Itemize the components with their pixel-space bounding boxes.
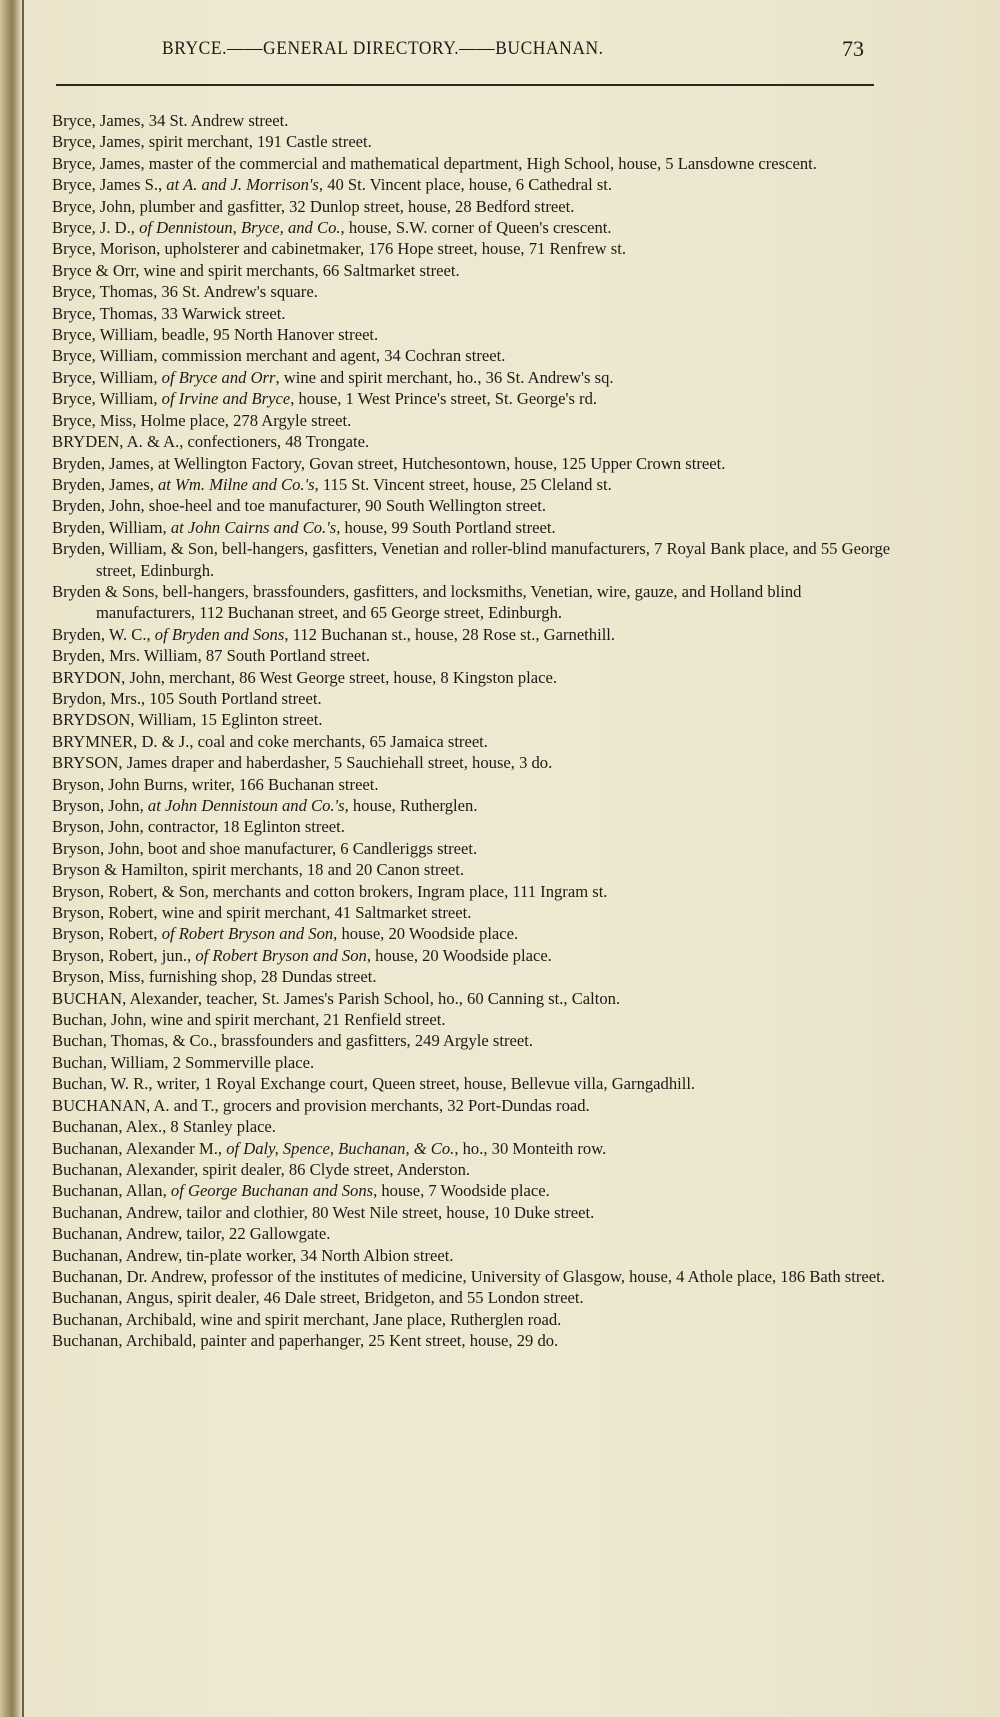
- entry-text: Bryce, J. D.,: [52, 218, 139, 237]
- directory-entry: Bryce, J. D., of Dennistoun, Bryce, and …: [52, 217, 892, 238]
- entry-firm-italic: of Daly, Spence, Buchanan, & Co.: [226, 1139, 454, 1158]
- entry-text: Buchan, W. R., writer, 1 Royal Exchange …: [52, 1074, 695, 1093]
- entry-text-continued: , ho., 30 Monteith row.: [454, 1139, 606, 1158]
- directory-entry: Bryce, James S., at A. and J. Morrison's…: [52, 174, 892, 195]
- directory-entry: Bryce, William, commission merchant and …: [52, 345, 892, 366]
- directory-entry: BRYMNER, D. & J., coal and coke merchant…: [52, 731, 892, 752]
- directory-entry: Bryson, John, contractor, 18 Eglinton st…: [52, 816, 892, 837]
- directory-page: BRYCE.——GENERAL DIRECTORY.——BUCHANAN. 73…: [0, 0, 1000, 1717]
- entry-text: Buchanan, Alexander M.,: [52, 1139, 226, 1158]
- entry-text: Bryce, Thomas, 36 St. Andrew's square.: [52, 282, 318, 301]
- entry-firm-italic: of Robert Bryson and Son: [162, 924, 333, 943]
- entry-firm-italic: at John Dennistoun and Co.'s: [148, 796, 345, 815]
- entry-text: Buchanan, Andrew, tailor and clothier, 8…: [52, 1203, 594, 1222]
- directory-entry: Bryson, Robert, of Robert Bryson and Son…: [52, 923, 892, 944]
- entry-text-continued: , 115 St. Vincent street, house, 25 Clel…: [315, 475, 612, 494]
- entry-text-continued: , house, S.W. corner of Queen's crescent…: [341, 218, 612, 237]
- entry-text: Buchanan, Dr. Andrew, professor of the i…: [52, 1267, 885, 1286]
- entry-text: Bryson, Robert, jun.,: [52, 946, 195, 965]
- directory-entry: Buchan, William, 2 Sommerville place.: [52, 1052, 892, 1073]
- entry-text: Buchanan, Angus, spirit dealer, 46 Dale …: [52, 1288, 584, 1307]
- directory-entry: Buchanan, Dr. Andrew, professor of the i…: [52, 1266, 892, 1287]
- directory-entry: BRYSON, James draper and haberdasher, 5 …: [52, 752, 892, 773]
- book-binding-edge: [0, 0, 22, 1717]
- directory-entry: Bryce & Orr, wine and spirit merchants, …: [52, 260, 892, 281]
- entry-text: Bryce, John, plumber and gasfitter, 32 D…: [52, 197, 574, 216]
- entry-text: Bryce, James, 34 St. Andrew street.: [52, 111, 288, 130]
- directory-entry: Bryce, William, of Bryce and Orr, wine a…: [52, 367, 892, 388]
- directory-entry: Buchanan, Andrew, tin-plate worker, 34 N…: [52, 1245, 892, 1266]
- header-rule: [56, 84, 874, 86]
- entry-text: Bryden, W. C.,: [52, 625, 155, 644]
- directory-entry: Bryden, W. C., of Bryden and Sons, 112 B…: [52, 624, 892, 645]
- entry-firm-italic: at John Cairns and Co.'s: [171, 518, 336, 537]
- entry-text: BRYDON, John, merchant, 86 West George s…: [52, 668, 557, 687]
- entry-text: Bryden, Mrs. William, 87 South Portland …: [52, 646, 370, 665]
- directory-entry: Buchanan, Andrew, tailor, 22 Gallowgate.: [52, 1223, 892, 1244]
- entry-text: Bryce, Miss, Holme place, 278 Argyle str…: [52, 411, 351, 430]
- entry-text: Bryden, John, shoe-heel and toe manufact…: [52, 496, 546, 515]
- directory-entry: Bryce, William, of Irvine and Bryce, hou…: [52, 388, 892, 409]
- entry-text: BUCHAN, Alexander, teacher, St. James's …: [52, 989, 620, 1008]
- entry-text: BRYDSON, William, 15 Eglinton street.: [52, 710, 323, 729]
- directory-entries: Bryce, James, 34 St. Andrew street.Bryce…: [52, 110, 892, 1352]
- entry-text: Bryden, William, & Son, bell-hangers, ga…: [52, 539, 890, 579]
- entry-text: Bryce, James, master of the commercial a…: [52, 154, 817, 173]
- entry-text: BRYMNER, D. & J., coal and coke merchant…: [52, 732, 488, 751]
- entry-text: Bryden, James,: [52, 475, 158, 494]
- entry-text: Bryson, Robert, wine and spirit merchant…: [52, 903, 471, 922]
- entry-firm-italic: at Wm. Milne and Co.'s: [158, 475, 315, 494]
- entry-text: Bryce, William, beadle, 95 North Hanover…: [52, 325, 378, 344]
- entry-text: Bryson, Robert,: [52, 924, 162, 943]
- entry-text-continued: , wine and spirit merchant, ho., 36 St. …: [275, 368, 613, 387]
- entry-text: Bryce, William,: [52, 389, 162, 408]
- directory-entry: Bryden, John, shoe-heel and toe manufact…: [52, 495, 892, 516]
- entry-text-continued: , house, 20 Woodside place.: [333, 924, 518, 943]
- entry-text: Bryce, William,: [52, 368, 162, 387]
- entry-text: Bryce, James S.,: [52, 175, 166, 194]
- entry-firm-italic: of Dennistoun, Bryce, and Co.: [139, 218, 340, 237]
- directory-entry: Bryce, James, 34 St. Andrew street.: [52, 110, 892, 131]
- directory-entry: Bryden, James, at Wm. Milne and Co.'s, 1…: [52, 474, 892, 495]
- directory-entry: Bryson, John Burns, writer, 166 Buchanan…: [52, 774, 892, 795]
- entry-text: Bryce, Morison, upholsterer and cabinetm…: [52, 239, 626, 258]
- directory-entry: Bryden & Sons, bell-hangers, brassfounde…: [52, 581, 892, 624]
- entry-text: Brydon, Mrs., 105 South Portland street.: [52, 689, 322, 708]
- entry-text: Bryce, Thomas, 33 Warwick street.: [52, 304, 286, 323]
- entry-firm-italic: of Irvine and Bryce: [162, 389, 291, 408]
- entry-text-continued: , house, 1 West Prince's street, St. Geo…: [290, 389, 597, 408]
- entry-text-continued: , house, 99 South Portland street.: [336, 518, 555, 537]
- directory-entry: Bryce, William, beadle, 95 North Hanover…: [52, 324, 892, 345]
- entry-text: Buchan, Thomas, & Co., brassfounders and…: [52, 1031, 533, 1050]
- entry-text: Buchanan, Alexander, spirit dealer, 86 C…: [52, 1160, 470, 1179]
- directory-entry: BRYDON, John, merchant, 86 West George s…: [52, 667, 892, 688]
- directory-entry: Bryce, Thomas, 33 Warwick street.: [52, 303, 892, 324]
- entry-firm-italic: of Bryden and Sons: [155, 625, 285, 644]
- directory-entry: Bryson, John, boot and shoe manufacturer…: [52, 838, 892, 859]
- directory-entry: Buchan, John, wine and spirit merchant, …: [52, 1009, 892, 1030]
- entry-text: Bryson, John,: [52, 796, 148, 815]
- directory-entry: Buchanan, Archibald, wine and spirit mer…: [52, 1309, 892, 1330]
- directory-entry: BRYDSON, William, 15 Eglinton street.: [52, 709, 892, 730]
- directory-entry: Buchanan, Angus, spirit dealer, 46 Dale …: [52, 1287, 892, 1308]
- entry-text-continued: , house, 7 Woodside place.: [373, 1181, 550, 1200]
- directory-entry: Buchanan, Andrew, tailor and clothier, 8…: [52, 1202, 892, 1223]
- entry-firm-italic: at A. and J. Morrison's: [166, 175, 319, 194]
- entry-text: Bryden & Sons, bell-hangers, brassfounde…: [52, 582, 801, 622]
- entry-text: Buchanan, Allan,: [52, 1181, 171, 1200]
- directory-entry: Buchanan, Allan, of George Buchanan and …: [52, 1180, 892, 1201]
- directory-entry: Bryce, James, spirit merchant, 191 Castl…: [52, 131, 892, 152]
- entry-text: Buchanan, Alex., 8 Stanley place.: [52, 1117, 276, 1136]
- running-head: BRYCE.——GENERAL DIRECTORY.——BUCHANAN.: [162, 38, 604, 60]
- directory-entry: Bryden, Mrs. William, 87 South Portland …: [52, 645, 892, 666]
- entry-text: BRYSON, James draper and haberdasher, 5 …: [52, 753, 552, 772]
- directory-entry: Buchanan, Alex., 8 Stanley place.: [52, 1116, 892, 1137]
- entry-text: Bryson, John, contractor, 18 Eglinton st…: [52, 817, 345, 836]
- entry-text: Buchan, William, 2 Sommerville place.: [52, 1053, 314, 1072]
- directory-entry: BRYDEN, A. & A., confectioners, 48 Trong…: [52, 431, 892, 452]
- directory-entry: Bryson, John, at John Dennistoun and Co.…: [52, 795, 892, 816]
- directory-entry: Bryden, William, at John Cairns and Co.'…: [52, 517, 892, 538]
- entry-text-continued: , 40 St. Vincent place, house, 6 Cathedr…: [319, 175, 612, 194]
- binding-gutter-line: [22, 0, 24, 1717]
- directory-entry: Buchanan, Archibald, painter and paperha…: [52, 1330, 892, 1351]
- entry-text-continued: , house, Rutherglen.: [345, 796, 478, 815]
- directory-entry: Bryce, Morison, upholsterer and cabinetm…: [52, 238, 892, 259]
- directory-entry: Bryson & Hamilton, spirit merchants, 18 …: [52, 859, 892, 880]
- directory-entry: Bryson, Robert, & Son, merchants and cot…: [52, 881, 892, 902]
- entry-text: Buchanan, Archibald, painter and paperha…: [52, 1331, 558, 1350]
- directory-entry: Buchan, Thomas, & Co., brassfounders and…: [52, 1030, 892, 1051]
- entry-text: Bryson & Hamilton, spirit merchants, 18 …: [52, 860, 464, 879]
- entry-text-continued: , house, 20 Woodside place.: [367, 946, 552, 965]
- entry-text: Bryce & Orr, wine and spirit merchants, …: [52, 261, 460, 280]
- entry-text: Bryce, William, commission merchant and …: [52, 346, 505, 365]
- directory-entry: Brydon, Mrs., 105 South Portland street.: [52, 688, 892, 709]
- entry-firm-italic: of Bryce and Orr: [162, 368, 276, 387]
- entry-text: Bryden, James, at Wellington Factory, Go…: [52, 454, 725, 473]
- directory-entry: Buchanan, Alexander M., of Daly, Spence,…: [52, 1138, 892, 1159]
- directory-entry: Buchanan, Alexander, spirit dealer, 86 C…: [52, 1159, 892, 1180]
- entry-text: Buchanan, Archibald, wine and spirit mer…: [52, 1310, 561, 1329]
- directory-entry: Bryson, Robert, jun., of Robert Bryson a…: [52, 945, 892, 966]
- directory-entry: Bryce, John, plumber and gasfitter, 32 D…: [52, 196, 892, 217]
- entry-text: Bryson, Miss, furnishing shop, 28 Dundas…: [52, 967, 377, 986]
- entry-firm-italic: of George Buchanan and Sons: [171, 1181, 373, 1200]
- directory-entry: BUCHANAN, A. and T., grocers and provisi…: [52, 1095, 892, 1116]
- entry-text: Bryson, John Burns, writer, 166 Buchanan…: [52, 775, 379, 794]
- directory-entry: BUCHAN, Alexander, teacher, St. James's …: [52, 988, 892, 1009]
- entry-text-continued: , 112 Buchanan st., house, 28 Rose st., …: [284, 625, 615, 644]
- directory-entry: Bryson, Robert, wine and spirit merchant…: [52, 902, 892, 923]
- entry-text: Buchan, John, wine and spirit merchant, …: [52, 1010, 446, 1029]
- entry-text: Bryson, Robert, & Son, merchants and cot…: [52, 882, 607, 901]
- entry-text: BUCHANAN, A. and T., grocers and provisi…: [52, 1096, 590, 1115]
- entry-text: Buchanan, Andrew, tin-plate worker, 34 N…: [52, 1246, 453, 1265]
- entry-firm-italic: of Robert Bryson and Son: [195, 946, 366, 965]
- entry-text: Buchanan, Andrew, tailor, 22 Gallowgate.: [52, 1224, 330, 1243]
- directory-entry: Bryden, William, & Son, bell-hangers, ga…: [52, 538, 892, 581]
- entry-text: Bryce, James, spirit merchant, 191 Castl…: [52, 132, 372, 151]
- directory-entry: Bryce, James, master of the commercial a…: [52, 153, 892, 174]
- directory-entry: Bryce, Thomas, 36 St. Andrew's square.: [52, 281, 892, 302]
- directory-entry: Bryden, James, at Wellington Factory, Go…: [52, 453, 892, 474]
- page-header: BRYCE.——GENERAL DIRECTORY.——BUCHANAN. 73: [0, 38, 1000, 68]
- directory-entry: Bryce, Miss, Holme place, 278 Argyle str…: [52, 410, 892, 431]
- directory-entry: Bryson, Miss, furnishing shop, 28 Dundas…: [52, 966, 892, 987]
- entry-text: BRYDEN, A. & A., confectioners, 48 Trong…: [52, 432, 369, 451]
- page-number: 73: [842, 36, 864, 62]
- entry-text: Bryson, John, boot and shoe manufacturer…: [52, 839, 477, 858]
- entry-text: Bryden, William,: [52, 518, 171, 537]
- directory-entry: Buchan, W. R., writer, 1 Royal Exchange …: [52, 1073, 892, 1094]
